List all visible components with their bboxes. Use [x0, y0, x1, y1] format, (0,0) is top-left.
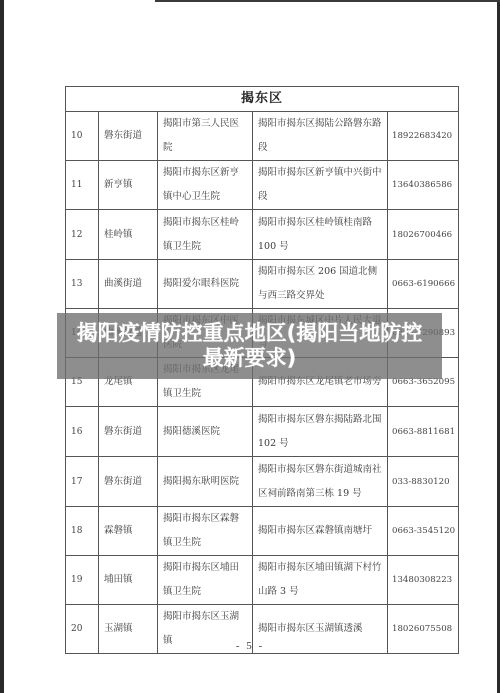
district-title: 揭东区	[66, 87, 459, 112]
banner-title-line-1: 揭阳疫情防控重点地区(揭阳当地防控	[77, 321, 423, 346]
address-cell: 揭阳市揭东区 206 国道北侧与西三路交界处	[253, 260, 388, 309]
phone-cell: 13640386586	[388, 161, 459, 210]
table-row: 13 曲溪街道 揭阳爱尔眼科医院 揭阳市揭东区 206 国道北侧与西三路交界处 …	[66, 260, 459, 309]
row-number: 10	[66, 112, 99, 161]
row-number: 12	[66, 210, 99, 260]
phone-cell: 0663-3545120	[388, 507, 459, 556]
phone-cell: 18922683420	[388, 112, 459, 161]
table-row: 17 磐东街道 揭阳揭东耿明医院 揭阳市揭东区磐东街道城南社区祠前路南第三栋 1…	[66, 457, 459, 507]
hospital-cell: 揭阳德溪医院	[158, 407, 253, 457]
row-number: 16	[66, 407, 99, 457]
row-number: 11	[66, 161, 99, 210]
table-row: 19 埔田镇 揭阳市揭东区埔田镇卫生院 揭阳市揭东区埔田镇湖下村竹山路 3 号 …	[66, 556, 459, 605]
hospital-cell: 揭阳市揭东区新亨镇中心卫生院	[158, 161, 253, 210]
hospital-cell: 揭阳爱尔眼科医院	[158, 260, 253, 309]
address-cell: 揭阳市揭东区磐东街道城南社区祠前路南第三栋 19 号	[253, 457, 388, 507]
row-number: 13	[66, 260, 99, 309]
town-cell: 新亨镇	[99, 161, 158, 210]
address-cell: 揭阳市揭东区霖磐镇南塘圩	[253, 507, 388, 556]
page-number: - 5 -	[0, 640, 500, 652]
table-row: 16 磐东街道 揭阳德溪医院 揭阳市揭东区磐东揭陆路北围 102 号 0663-…	[66, 407, 459, 457]
hospital-cell: 揭阳揭东耿明医院	[158, 457, 253, 507]
banner-title-line-2: 最新要求)	[203, 346, 297, 371]
address-cell: 揭阳市揭东区新亨镇中兴街中段	[253, 161, 388, 210]
hospital-cell: 揭阳市第三人民医院	[158, 112, 253, 161]
address-cell: 揭阳市揭东区埔田镇湖下村竹山路 3 号	[253, 556, 388, 605]
hospital-cell: 揭阳市揭东区埔田镇卫生院	[158, 556, 253, 605]
table-row: 18 霖磐镇 揭阳市揭东区霖磐镇卫生院 揭阳市揭东区霖磐镇南塘圩 0663-35…	[66, 507, 459, 556]
scan-edge-left	[0, 0, 4, 693]
town-cell: 霖磐镇	[99, 507, 158, 556]
hospital-cell: 揭阳市揭东区霖磐镇卫生院	[158, 507, 253, 556]
scan-edge-top	[155, 0, 500, 2]
town-cell: 桂岭镇	[99, 210, 158, 260]
row-number: 18	[66, 507, 99, 556]
address-cell: 揭阳市揭东区桂岭镇桂南路 100 号	[253, 210, 388, 260]
row-number: 17	[66, 457, 99, 507]
town-cell: 磐东街道	[99, 407, 158, 457]
table-row: 10 磐东街道 揭阳市第三人民医院 揭阳市揭东区揭陆公路磐东路段 1892268…	[66, 112, 459, 161]
table-row: 11 新亨镇 揭阳市揭东区新亨镇中心卫生院 揭阳市揭东区新亨镇中兴街中段 136…	[66, 161, 459, 210]
town-cell: 磐东街道	[99, 457, 158, 507]
district-header-row: 揭东区	[66, 87, 459, 112]
phone-cell: 033-8830120	[388, 457, 459, 507]
phone-cell: 18026700466	[388, 210, 459, 260]
title-overlay-banner: 揭阳疫情防控重点地区(揭阳当地防控 最新要求)	[57, 313, 442, 379]
phone-cell: 0663-8811681	[388, 407, 459, 457]
town-cell: 磐东街道	[99, 112, 158, 161]
town-cell: 曲溪街道	[99, 260, 158, 309]
address-cell: 揭阳市揭东区磐东揭陆路北围 102 号	[253, 407, 388, 457]
phone-cell: 13480308223	[388, 556, 459, 605]
hospital-cell: 揭阳市揭东区桂岭镇卫生院	[158, 210, 253, 260]
town-cell: 埔田镇	[99, 556, 158, 605]
table-row: 12 桂岭镇 揭阳市揭东区桂岭镇卫生院 揭阳市揭东区桂岭镇桂南路 100 号 1…	[66, 210, 459, 260]
address-cell: 揭阳市揭东区揭陆公路磐东路段	[253, 112, 388, 161]
phone-cell: 0663-6190666	[388, 260, 459, 309]
row-number: 19	[66, 556, 99, 605]
